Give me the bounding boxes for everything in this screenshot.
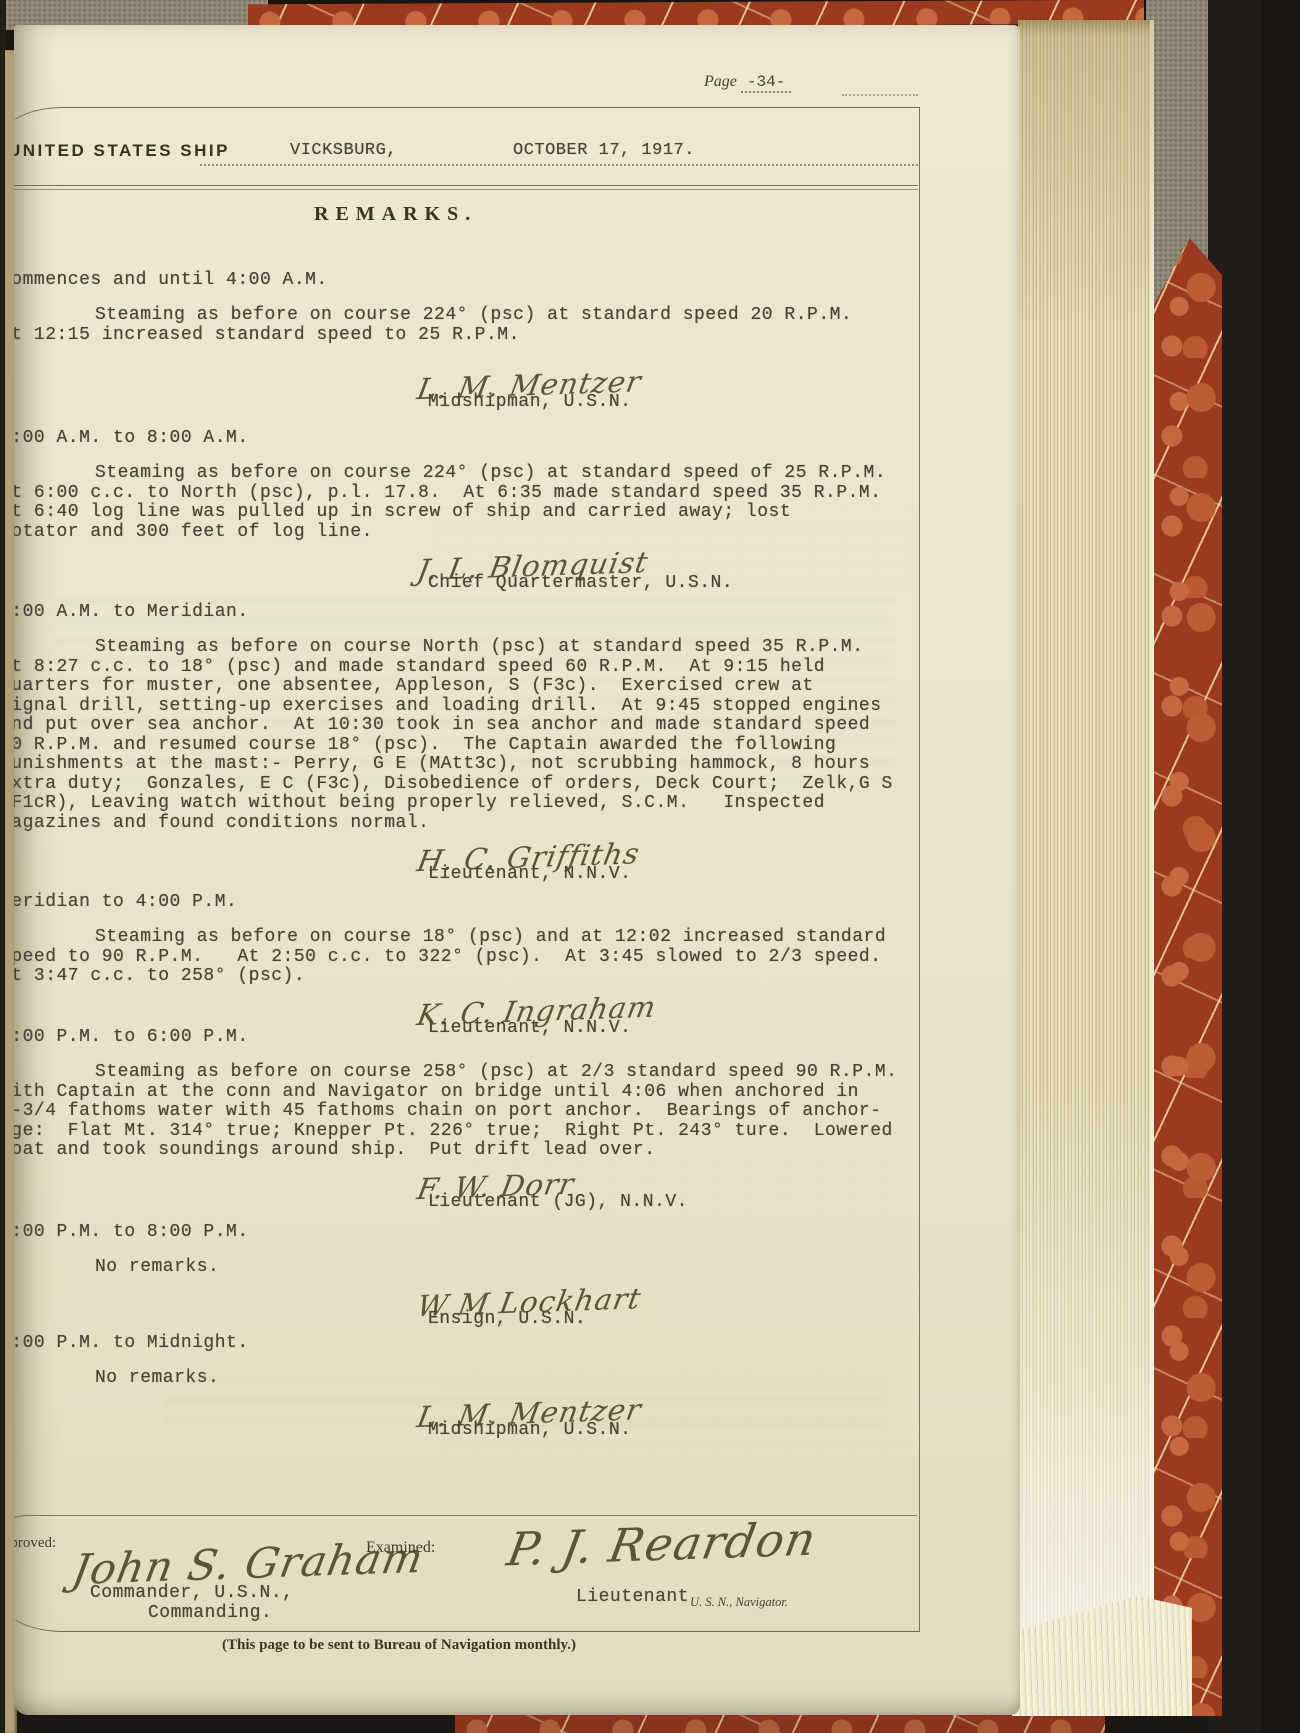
watch-signature-block: J. L. BlomquistChief Quartermaster, U.S.… <box>14 544 940 593</box>
marbled-endpaper-right <box>1150 238 1222 1716</box>
watch-period-label: 8:00 P.M. to Midnight. <box>14 1333 940 1353</box>
entry-line: punishments at the mast:- Perry, G E (MA… <box>14 755 940 775</box>
entry-line: No remarks. <box>14 1258 940 1278</box>
page-number-value: -34- <box>741 73 791 93</box>
watch-period-label: 4:00 A.M. to 8:00 A.M. <box>14 428 940 448</box>
entry-line: age: Flat Mt. 314° true; Knepper Pt. 226… <box>14 1122 940 1142</box>
watch-signature-block: H. C. GriffithsLieutenant, N.N.V. <box>14 835 940 884</box>
entry-line: with Captain at the conn and Navigator o… <box>14 1083 940 1103</box>
entry-line: Steaming as before on course 18° (psc) a… <box>14 928 940 948</box>
commanding-officer-rank: Commander, U.S.N., <box>90 1583 293 1603</box>
page-edge-stack <box>1018 20 1154 1714</box>
navigator-rank-suffix: U. S. N., Navigator. <box>690 1595 788 1610</box>
watch-signature-block: L. M. MentzerMidshipman, U.S.N. <box>14 1391 940 1440</box>
watch-period-label: 6:00 P.M. to 8:00 P.M. <box>14 1222 940 1242</box>
footer-note: (This page to be sent to Bureau of Navig… <box>14 1637 784 1654</box>
entry-line: Steaming as before on course 258° (psc) … <box>14 1063 940 1083</box>
entry-line: (F1cR), Leaving watch without being prop… <box>14 794 940 814</box>
entry-line: extra duty; Gonzales, E C (F3c), Disobed… <box>14 775 940 795</box>
watch-entry-paragraph: No remarks. <box>14 1258 940 1278</box>
commanding-officer-role: Commanding. <box>148 1603 272 1623</box>
log-section: Meridian to 4:00 P.M.Steaming as before … <box>14 892 940 1038</box>
log-section: 4:00 A.M. to 8:00 A.M.Steaming as before… <box>14 428 940 593</box>
log-section: 4:00 P.M. to 6:00 P.M.Steaming as before… <box>14 1027 940 1212</box>
watch-entry-paragraph: Steaming as before on course 18° (psc) a… <box>14 928 940 987</box>
watch-entry-paragraph: Steaming as before on course North (psc)… <box>14 638 940 833</box>
watch-signature-block: L. M. MentzerMidshipman, U.S.N. <box>14 363 940 412</box>
watch-period-label: 4:00 P.M. to 6:00 P.M. <box>14 1027 940 1047</box>
log-page: Page -34- UNITED STATES SHIP VICKSBURG, … <box>14 25 1020 1715</box>
ship-label: UNITED STATES SHIP <box>14 141 230 161</box>
log-date: OCTOBER 17, 1917. <box>513 141 695 160</box>
navigator-rank: Lieutenant <box>576 1587 689 1607</box>
entry-line: Steaming as before on course 224° (psc) … <box>14 306 940 326</box>
entry-line: At 6:00 c.c. to North (psc), p.l. 17.8. … <box>14 484 940 504</box>
approved-label: Approved: <box>14 1535 56 1552</box>
entry-line: and put over sea anchor. At 10:30 took i… <box>14 716 940 736</box>
entry-line: speed to 90 R.P.M. At 2:50 c.c. to 322° … <box>14 948 940 968</box>
entry-line: boat and took soundings around ship. Put… <box>14 1141 940 1161</box>
entry-line: 8-3/4 fathoms water with 45 fathoms chai… <box>14 1102 940 1122</box>
watch-entry-paragraph: Steaming as before on course 224° (psc) … <box>14 464 940 542</box>
watch-period-label: Commences and until 4:00 A.M. <box>14 270 940 290</box>
log-section: 8:00 A.M. to Meridian.Steaming as before… <box>14 602 940 884</box>
entry-line: At 8:27 c.c. to 18° (psc) and made stand… <box>14 658 940 678</box>
watch-signature-block: W M LockhartEnsign, U.S.N. <box>14 1280 940 1329</box>
entry-line: 60 R.P.M. and resumed course 18° (psc). … <box>14 736 940 756</box>
header-rule <box>14 189 918 190</box>
watch-period-label: 8:00 A.M. to Meridian. <box>14 602 940 622</box>
entry-line: Steaming as before on course North (psc)… <box>14 638 940 658</box>
entry-line: signal drill, setting-up exercises and l… <box>14 697 940 717</box>
entry-line: No remarks. <box>14 1369 940 1389</box>
page-number-leader-dots <box>842 93 918 96</box>
watch-entry-paragraph: Steaming as before on course 258° (psc) … <box>14 1063 940 1161</box>
entry-line: quarters for muster, one absentee, Apple… <box>14 677 940 697</box>
watch-signature-block: F. W. DorrLieutenant (JG), N.N.V. <box>14 1163 940 1212</box>
log-section: Commences and until 4:00 A.M.Steaming as… <box>14 270 940 412</box>
page-number: Page -34- <box>704 73 791 97</box>
ship-line-leader-dots <box>200 163 918 166</box>
navigator-signature: P. J. Reardon <box>503 1512 821 1577</box>
entry-line: At 3:47 c.c. to 258° (psc). <box>14 967 940 987</box>
ship-name: VICKSBURG, <box>290 141 397 160</box>
page-label-prefix: Page <box>704 73 737 90</box>
entry-line: Steaming as before on course 224° (psc) … <box>14 464 940 484</box>
entry-line: At 6:40 log line was pulled up in screw … <box>14 503 940 523</box>
examined-label: Examined: <box>366 1539 435 1557</box>
remarks-title: REMARKS. <box>314 203 477 226</box>
header-rule <box>14 185 918 186</box>
logbook-photo: Page -34- UNITED STATES SHIP VICKSBURG, … <box>0 0 1300 1733</box>
log-section: 8:00 P.M. to Midnight.No remarks.L. M. M… <box>14 1333 940 1440</box>
background-right <box>1262 0 1300 1733</box>
watch-entry-paragraph: No remarks. <box>14 1369 940 1389</box>
watch-entry-paragraph: Steaming as before on course 224° (psc) … <box>14 306 940 345</box>
watch-period-label: Meridian to 4:00 P.M. <box>14 892 940 912</box>
log-section: 6:00 P.M. to 8:00 P.M.No remarks.W M Loc… <box>14 1222 940 1329</box>
marbled-endpaper-bottom <box>455 1712 1105 1733</box>
entry-line: At 12:15 increased standard speed to 25 … <box>14 326 940 346</box>
